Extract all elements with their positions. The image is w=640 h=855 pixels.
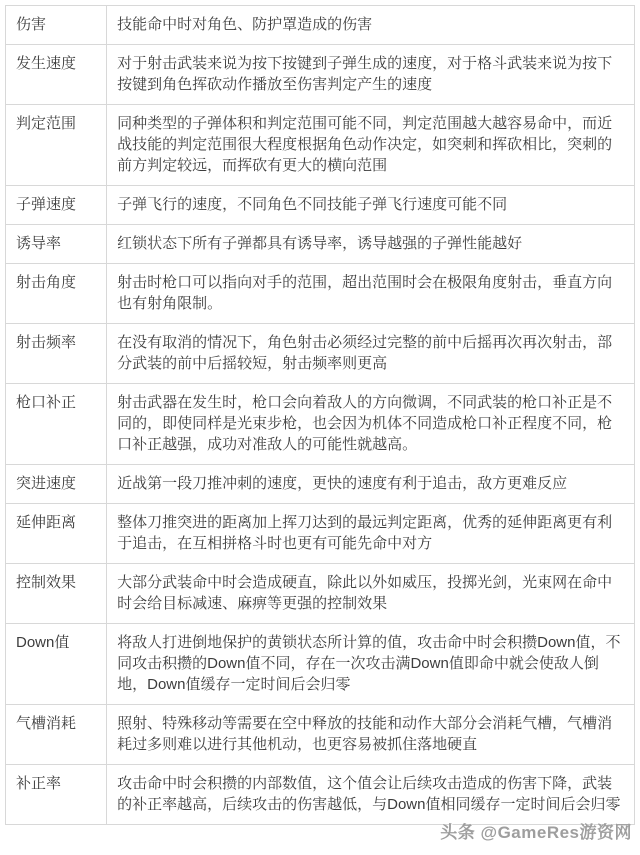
table-row: 枪口补正射击武器在发生时，枪口会向着敌人的方向微调，不同武装的枪口补正是不同的，… bbox=[6, 384, 635, 465]
watermark-text: 头条 @GameRes游资网 bbox=[440, 818, 632, 843]
term-cell: 诱导率 bbox=[6, 225, 107, 264]
table-row: 气槽消耗照射、特殊移动等需要在空中释放的技能和动作大部分会消耗气槽，气槽消耗过多… bbox=[6, 705, 635, 765]
term-cell: 延伸距离 bbox=[6, 504, 107, 564]
table-row: Down值将敌人打进倒地保护的黄锁状态所计算的值，攻击命中时会积攒Down值，不… bbox=[6, 624, 635, 705]
term-cell: 补正率 bbox=[6, 765, 107, 825]
term-cell: 枪口补正 bbox=[6, 384, 107, 465]
description-cell: 将敌人打进倒地保护的黄锁状态所计算的值，攻击命中时会积攒Down值，不同攻击积攒… bbox=[107, 624, 635, 705]
table-row: 伤害技能命中时对角色、防护罩造成的伤害 bbox=[6, 6, 635, 45]
term-cell: 气槽消耗 bbox=[6, 705, 107, 765]
term-cell: 发生速度 bbox=[6, 45, 107, 105]
terms-table: 伤害技能命中时对角色、防护罩造成的伤害发生速度对于射击武装来说为按下按键到子弹生… bbox=[5, 5, 635, 825]
description-cell: 近战第一段刀推冲刺的速度，更快的速度有利于追击，敌方更难反应 bbox=[107, 465, 635, 504]
description-cell: 射击武器在发生时，枪口会向着敌人的方向微调，不同武装的枪口补正是不同的，即使同样… bbox=[107, 384, 635, 465]
game-terms-glossary-page: 伤害技能命中时对角色、防护罩造成的伤害发生速度对于射击武装来说为按下按键到子弹生… bbox=[0, 0, 640, 855]
description-cell: 攻击命中时会积攒的内部数值，这个值会让后续攻击造成的伤害下降，武装的补正率越高，… bbox=[107, 765, 635, 825]
description-cell: 整体刀推突进的距离加上挥刀达到的最远判定距离，优秀的延伸距离更有利于追击，在互相… bbox=[107, 504, 635, 564]
terms-table-body: 伤害技能命中时对角色、防护罩造成的伤害发生速度对于射击武装来说为按下按键到子弹生… bbox=[6, 6, 635, 825]
description-cell: 技能命中时对角色、防护罩造成的伤害 bbox=[107, 6, 635, 45]
term-cell: 突进速度 bbox=[6, 465, 107, 504]
description-cell: 红锁状态下所有子弹都具有诱导率，诱导越强的子弹性能越好 bbox=[107, 225, 635, 264]
description-cell: 大部分武装命中时会造成硬直，除此以外如威压，投掷光剑，光束网在命中时会给目标减速… bbox=[107, 564, 635, 624]
table-row: 发生速度对于射击武装来说为按下按键到子弹生成的速度，对于格斗武装来说为按下按键到… bbox=[6, 45, 635, 105]
description-cell: 同种类型的子弹体积和判定范围可能不同，判定范围越大越容易命中，而近战技能的判定范… bbox=[107, 105, 635, 186]
table-row: 补正率攻击命中时会积攒的内部数值，这个值会让后续攻击造成的伤害下降，武装的补正率… bbox=[6, 765, 635, 825]
description-cell: 在没有取消的情况下，角色射击必须经过完整的前中后摇再次再次射击，部分武装的前中后… bbox=[107, 324, 635, 384]
table-row: 射击频率在没有取消的情况下，角色射击必须经过完整的前中后摇再次再次射击，部分武装… bbox=[6, 324, 635, 384]
description-cell: 子弹飞行的速度，不同角色不同技能子弹飞行速度可能不同 bbox=[107, 186, 635, 225]
table-row: 射击角度射击时枪口可以指向对手的范围，超出范围时会在极限角度射击，垂直方向也有射… bbox=[6, 264, 635, 324]
table-row: 判定范围同种类型的子弹体积和判定范围可能不同，判定范围越大越容易命中，而近战技能… bbox=[6, 105, 635, 186]
term-cell: 子弹速度 bbox=[6, 186, 107, 225]
term-cell: 伤害 bbox=[6, 6, 107, 45]
table-row: 突进速度近战第一段刀推冲刺的速度，更快的速度有利于追击，敌方更难反应 bbox=[6, 465, 635, 504]
description-cell: 照射、特殊移动等需要在空中释放的技能和动作大部分会消耗气槽，气槽消耗过多则难以进… bbox=[107, 705, 635, 765]
table-row: 控制效果大部分武装命中时会造成硬直，除此以外如威压，投掷光剑，光束网在命中时会给… bbox=[6, 564, 635, 624]
table-row: 子弹速度子弹飞行的速度，不同角色不同技能子弹飞行速度可能不同 bbox=[6, 186, 635, 225]
table-row: 诱导率红锁状态下所有子弹都具有诱导率，诱导越强的子弹性能越好 bbox=[6, 225, 635, 264]
description-cell: 射击时枪口可以指向对手的范围，超出范围时会在极限角度射击，垂直方向也有射角限制。 bbox=[107, 264, 635, 324]
term-cell: 射击角度 bbox=[6, 264, 107, 324]
description-cell: 对于射击武装来说为按下按键到子弹生成的速度，对于格斗武装来说为按下按键到角色挥砍… bbox=[107, 45, 635, 105]
term-cell: 射击频率 bbox=[6, 324, 107, 384]
term-cell: 控制效果 bbox=[6, 564, 107, 624]
term-cell: 判定范围 bbox=[6, 105, 107, 186]
term-cell: Down值 bbox=[6, 624, 107, 705]
table-row: 延伸距离整体刀推突进的距离加上挥刀达到的最远判定距离，优秀的延伸距离更有利于追击… bbox=[6, 504, 635, 564]
